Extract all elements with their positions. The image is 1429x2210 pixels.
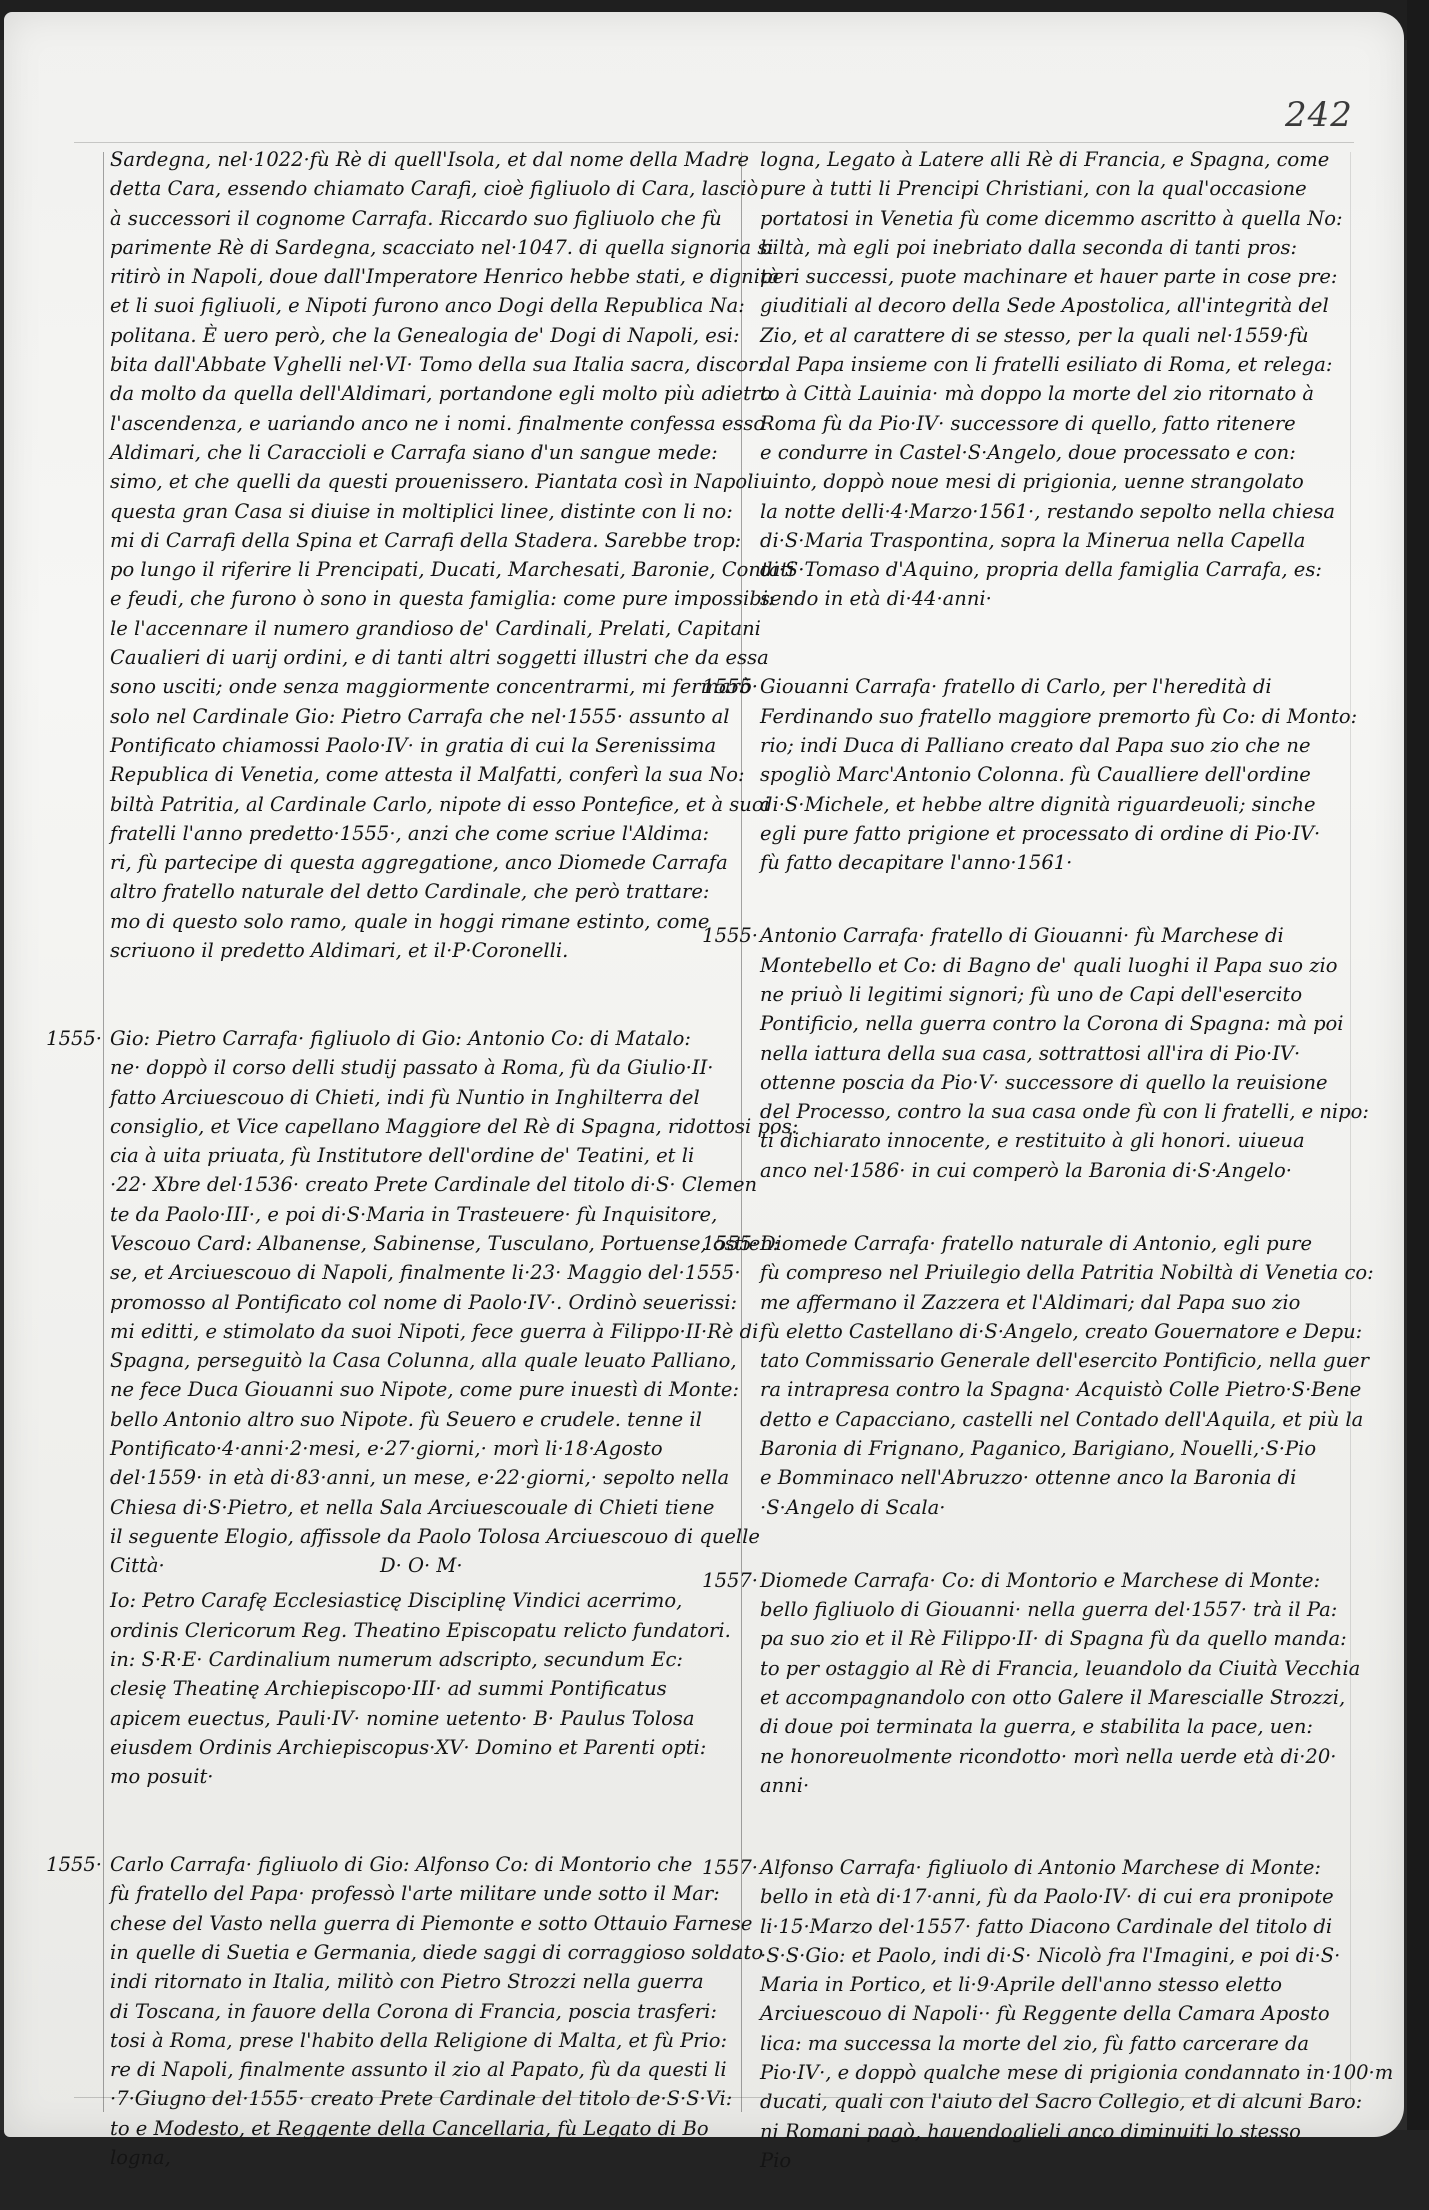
text-line: logna, <box>0 2143 740 2172</box>
text-line: Maria in Portico, et li·9·Aprile dell'an… <box>700 1970 1350 1999</box>
text-line: Pontificio, nella guerra contro la Coron… <box>700 1009 1350 1038</box>
marginal-year: 1555· <box>8 1850 102 1879</box>
text-line: pure à tutti li Prencipi Christiani, con… <box>700 174 1350 203</box>
text-line: di Toscana, in fauore della Corona di Fr… <box>0 1997 740 2026</box>
text-line: scriuono il predetto Aldimari, et il·P·C… <box>0 936 740 965</box>
text-line: dal Papa insieme con li fratelli esiliat… <box>700 350 1350 379</box>
text-line: altro fratello naturale del detto Cardin… <box>0 877 740 906</box>
text-line: egli pure fatto prigione et processato d… <box>700 819 1350 848</box>
marginal-year: 1557· <box>700 1853 758 1882</box>
text-line: promosso al Pontificato col nome di Paol… <box>0 1288 740 1317</box>
text-line: ·7·Giugno del·1555· creato Prete Cardina… <box>0 2084 740 2113</box>
text-line: fù compreso nel Priuilegio della Patriti… <box>700 1258 1350 1287</box>
text-line: Zio, et al carattere di se stesso, per l… <box>700 321 1350 350</box>
text-line: ritirò in Napoli, doue dall'Imperatore H… <box>0 262 740 291</box>
manuscript-entry: 1555·Carlo Carrafa· figliuolo di Gio: Al… <box>0 1850 740 2172</box>
text-line: fù eletto Castellano di·S·Angelo, creato… <box>700 1317 1350 1346</box>
text-line: le l'accennare il numero grandioso de' C… <box>0 614 740 643</box>
text-line: ·S·S·Gio: et Paolo, indi di·S· Nicolò fr… <box>700 1941 1350 1970</box>
text-line: li·15·Marzo del·1557· fatto Diacono Card… <box>700 1912 1350 1941</box>
manuscript-entry: 1555·Diomede Carrafa· fratello naturale … <box>700 1229 1350 1522</box>
text-line: me affermano il Zazzera et l'Aldimari; d… <box>700 1288 1350 1317</box>
text-line: ne honoreuolmente ricondotto· morì nella… <box>700 1742 1350 1771</box>
text-line: e condurre in Castel·S·Angelo, doue proc… <box>700 438 1350 467</box>
text-line: Arciuescouo di Napoli·· fù Reggente dell… <box>700 1999 1350 2028</box>
text-line: anco nel·1586· in cui comperò la Baronia… <box>700 1156 1350 1185</box>
text-line: detta Cara, essendo chiamato Carafi, cio… <box>0 174 740 203</box>
text-line: del Processo, contro la sua casa onde fù… <box>700 1097 1350 1126</box>
text-line: ottenne poscia da Pio·V· successore di q… <box>700 1068 1350 1097</box>
text-line: bello figliuolo di Giouanni· nella guerr… <box>700 1595 1350 1624</box>
text-line: Spagna, perseguitò la Casa Colunna, alla… <box>0 1346 740 1375</box>
text-line: ri, fù partecipe di questa aggregatione,… <box>0 848 740 877</box>
text-line: parimente Rè di Sardegna, scacciato nel·… <box>0 233 740 262</box>
text-line: il seguente Elogio, affissole da Paolo T… <box>0 1522 740 1551</box>
text-line: bello in età di·17·anni, fù da Paolo·IV·… <box>700 1882 1350 1911</box>
text-line: Antonio Carrafa· fratello di Giouanni· f… <box>700 921 1350 950</box>
text-line: eiusdem Ordinis Archiepiscopus·XV· Domin… <box>0 1733 740 1762</box>
text-line: apicem euectus, Pauli·IV· nomine uetento… <box>0 1704 740 1733</box>
text-line: biltà Patritia, al Cardinale Carlo, nipo… <box>0 790 740 819</box>
text-line: Caualieri di uarij ordini, e di tanti al… <box>0 643 740 672</box>
text-line: peri successi, puote machinare et hauer … <box>700 262 1350 291</box>
text-line: Baronia di Frignano, Paganico, Barigiano… <box>700 1434 1350 1463</box>
text-line: Roma fù da Pio·IV· successore di quello,… <box>700 409 1350 438</box>
text-line: et li suoi figliuoli, e Nipoti furono an… <box>0 291 740 320</box>
text-line: tosi à Roma, prese l'habito della Religi… <box>0 2026 740 2055</box>
text-line: del·1559· in età di·83·anni, un mese, e·… <box>0 1463 740 1492</box>
text-line: ordinis Clericorum Reg. Theatino Episcop… <box>0 1616 740 1645</box>
right-margin-rule <box>1350 152 1351 2102</box>
text-line: portatosi in Venetia fù come dicemmo asc… <box>700 204 1350 233</box>
marginal-year: 1555· <box>700 1229 758 1258</box>
text-line: ra intrapresa contro la Spagna· Acquistò… <box>700 1375 1350 1404</box>
text-line: Io: Petro Carafę Ecclesiasticę Disciplin… <box>0 1586 740 1615</box>
text-line: ·S·Angelo di Scala· <box>700 1493 1350 1522</box>
text-line: fratelli l'anno predetto·1555·, anzi che… <box>0 819 740 848</box>
text-line: lica: ma successa la morte del zio, fù f… <box>700 2029 1350 2058</box>
text-line: re di Napoli, finalmente assunto il zio … <box>0 2055 740 2084</box>
text-line: fatto Arciuescouo di Chieti, indi fù Nun… <box>0 1083 740 1112</box>
text-line: Aldimari, che li Caraccioli e Carrafa si… <box>0 438 740 467</box>
text-line: te da Paolo·III·, e poi di·S·Maria in Tr… <box>0 1200 740 1229</box>
text-line: rio; indi Duca di Palliano creato dal Pa… <box>700 731 1350 760</box>
text-line: ni Romani pagò, hauendogliеli anco dimin… <box>700 2117 1350 2146</box>
text-line: mi editti, e stimolato da suoi Nipoti, f… <box>0 1317 740 1346</box>
text-line: e feudi, che furono ò sono in questa fam… <box>0 584 740 613</box>
text-line: da molto da quella dell'Aldimari, portan… <box>0 379 740 408</box>
text-line: uinto, doppò noue mesi di prigionia, uen… <box>700 467 1350 496</box>
text-line: nella iattura della sua casa, sottrattos… <box>700 1039 1350 1068</box>
text-line: in: S·R·E· Cardinalium numerum adscripto… <box>0 1645 740 1674</box>
text-line: fù fratello del Papa· professò l'arte mi… <box>0 1879 740 1908</box>
text-line: Pontificato chiamossi Paolo·IV· in grati… <box>0 731 740 760</box>
text-line: la notte delli·4·Marzo·1561·, restando s… <box>700 497 1350 526</box>
marginal-year: 1557· <box>700 1566 758 1595</box>
text-line: di·S·Maria Traspontina, sopra la Mineruа… <box>700 526 1350 555</box>
text-line: ·22· Xbre del·1536· creato Prete Cardina… <box>0 1170 740 1199</box>
text-line: in quelle di Suetia e Germania, diede sa… <box>0 1938 740 1967</box>
text-line: Vescouo Card: Albanense, Sabinense, Tusc… <box>0 1229 740 1258</box>
text-line: mo di questo solo ramo, quale in hoggi r… <box>0 907 740 936</box>
text-line: et accompagnandolo con otto Galere il Ma… <box>700 1683 1350 1712</box>
text-line: di doue poi terminata la guerra, e stabi… <box>700 1712 1350 1741</box>
right-text-column: logna, Legato à Latere alli Rè di Franci… <box>700 145 1350 2175</box>
text-line: pa suo zio et il Rè Filippo·II· di Spagn… <box>700 1624 1350 1653</box>
text-line: to per ostaggio al Rè di Francia, leuand… <box>700 1654 1350 1683</box>
text-line: di·S·Michele, et hebbe altre dignità rig… <box>700 790 1350 819</box>
text-line: di·S·Tomaso d'Aquino, propria della fami… <box>700 555 1350 584</box>
text-line: mi di Carrafi della Spina et Carrafi del… <box>0 526 740 555</box>
text-line: ti dichiarato innocente, e restituito à … <box>700 1126 1350 1155</box>
text-line: logna, Legato à Latere alli Rè di Franci… <box>700 145 1350 174</box>
text-line: tato Commissario Generale dell'esercito … <box>700 1346 1350 1375</box>
text-line: simo, et che quelli da questi prouenisse… <box>0 467 740 496</box>
text-line: e Bomminaco nell'Abruzzo· ottenne anco l… <box>700 1463 1350 1492</box>
text-line: po lungo il riferire li Prencipati, Duca… <box>0 555 740 584</box>
paper-crease-top <box>74 142 1354 143</box>
text-line: spogliò Marc'Antonio Colonna. fù Caualli… <box>700 760 1350 789</box>
marginal-year: 1555· <box>8 1024 102 1053</box>
text-line: ne priuò li legitimi signori; fù uno de … <box>700 980 1350 1009</box>
text-line: bita dall'Abbate Vghelli nel·VI· Tomo de… <box>0 350 740 379</box>
text-line: Giouanni Carrafa· fratello di Carlo, per… <box>700 672 1350 701</box>
manuscript-entry: logna, Legato à Latere alli Rè di Franci… <box>700 145 1350 614</box>
manuscript-entry: 1557·Diomede Carrafa· Co: di Montorio e … <box>700 1566 1350 1800</box>
manuscript-entry: 1555·Antonio Carrafa· fratello di Giouan… <box>700 921 1350 1185</box>
text-line: to e Modesto, et Reggente della Cancella… <box>0 2114 740 2143</box>
text-line: solo nel Cardinale Gio: Pietro Carrafa c… <box>0 702 740 731</box>
text-line: biltà, mà egli poi inebriato dalla secon… <box>700 233 1350 262</box>
text-line: mo posuit· <box>0 1762 740 1791</box>
manuscript-entry: 1555·Giouanni Carrafa· fratello di Carlo… <box>700 672 1350 877</box>
text-line: Diomede Carrafa· fratello naturale di An… <box>700 1229 1350 1258</box>
text-line: Pio <box>700 2146 1350 2175</box>
text-line: Sardegna, nel·1022·fù Rè di quell'Isola,… <box>0 145 740 174</box>
manuscript-entry: 1557·Alfonso Carrafa· figliuolo di Anton… <box>700 1853 1350 2175</box>
text-line: clesię Theatinę Archiepiscopo·III· ad su… <box>0 1674 740 1703</box>
text-line: sendo in età di·44·anni· <box>700 584 1350 613</box>
text-line: Diomede Carrafa· Co: di Montorio e March… <box>700 1566 1350 1595</box>
text-line: sono usciti; onde senza maggiormente con… <box>0 672 740 701</box>
text-line: chese del Vasto nella guerra di Piemonte… <box>0 1909 740 1938</box>
left-text-column: Sardegna, nel·1022·fù Rè di quell'Isola,… <box>0 145 740 2172</box>
text-line: Pontificato·4·anni·2·mesi, e·27·giorni,·… <box>0 1434 740 1463</box>
text-line: Carlo Carrafa· figliuolo di Gio: Alfonso… <box>0 1850 740 1879</box>
text-line: anni· <box>700 1771 1350 1800</box>
text-line: detto e Capacciano, castelli nel Contado… <box>700 1405 1350 1434</box>
text-line: ne fece Duca Giouanni suo Nipote, come p… <box>0 1375 740 1404</box>
text-line: bello Antonio altro suo Nipote. fù Seuer… <box>0 1405 740 1434</box>
manuscript-entry: Io: Petro Carafę Ecclesiasticę Disciplin… <box>0 1586 740 1791</box>
text-line: Chiesa di·S·Pietro, et nella Sala Arciue… <box>0 1493 740 1522</box>
text-line: à successori il cognome Carrafa. Riccard… <box>0 204 740 233</box>
text-line: fù fatto decapitare l'anno·1561· <box>700 848 1350 877</box>
manuscript-entry: Sardegna, nel·1022·fù Rè di quell'Isola,… <box>0 145 740 965</box>
scan-background-right <box>1407 0 1429 2210</box>
text-line: questa gran Casa si diuise in moltiplici… <box>0 497 740 526</box>
text-line: Alfonso Carrafa· figliuolo di Antonio Ma… <box>700 1853 1350 1882</box>
text-line: giuditiali al decoro della Sede Apostoli… <box>700 291 1350 320</box>
text-line: se, et Arciuescouo di Napoli, finalmente… <box>0 1258 740 1287</box>
text-line: politana. È uero però, che la Genealogia… <box>0 321 740 350</box>
text-line: ne· doppò il corso delli studij passato … <box>0 1053 740 1082</box>
text-line: Pio·IV·, e doppò qualche mese di prigion… <box>700 2058 1350 2087</box>
manuscript-entry: 1555·Gio: Pietro Carrafa· figliuolo di G… <box>0 1024 740 1581</box>
marginal-year: 1555· <box>700 921 758 950</box>
text-line: Republica di Venetia, come attesta il Ma… <box>0 760 740 789</box>
text-line: to à Città Lauinia· mà doppo la morte de… <box>700 379 1350 408</box>
text-line: indi ritornato in Italia, militò con Pie… <box>0 1967 740 1996</box>
text-line: Ferdinando suo fratello maggiore premort… <box>700 702 1350 731</box>
text-line: Montebello et Co: di Bagno de' quali luo… <box>700 951 1350 980</box>
text-line: ducati, quali con l'aiuto del Sacro Coll… <box>700 2087 1350 2116</box>
text-line: l'ascendenza, e uariando anco ne i nomi.… <box>0 409 740 438</box>
text-line: consiglio, et Vice capellano Maggiore de… <box>0 1112 740 1141</box>
text-line: Gio: Pietro Carrafa· figliuolo di Gio: A… <box>0 1024 740 1053</box>
text-line: cia à uita priuata, fù Institutore dell'… <box>0 1141 740 1170</box>
marginal-year: 1555· <box>700 672 758 701</box>
folio-number: 242 <box>1285 95 1353 135</box>
